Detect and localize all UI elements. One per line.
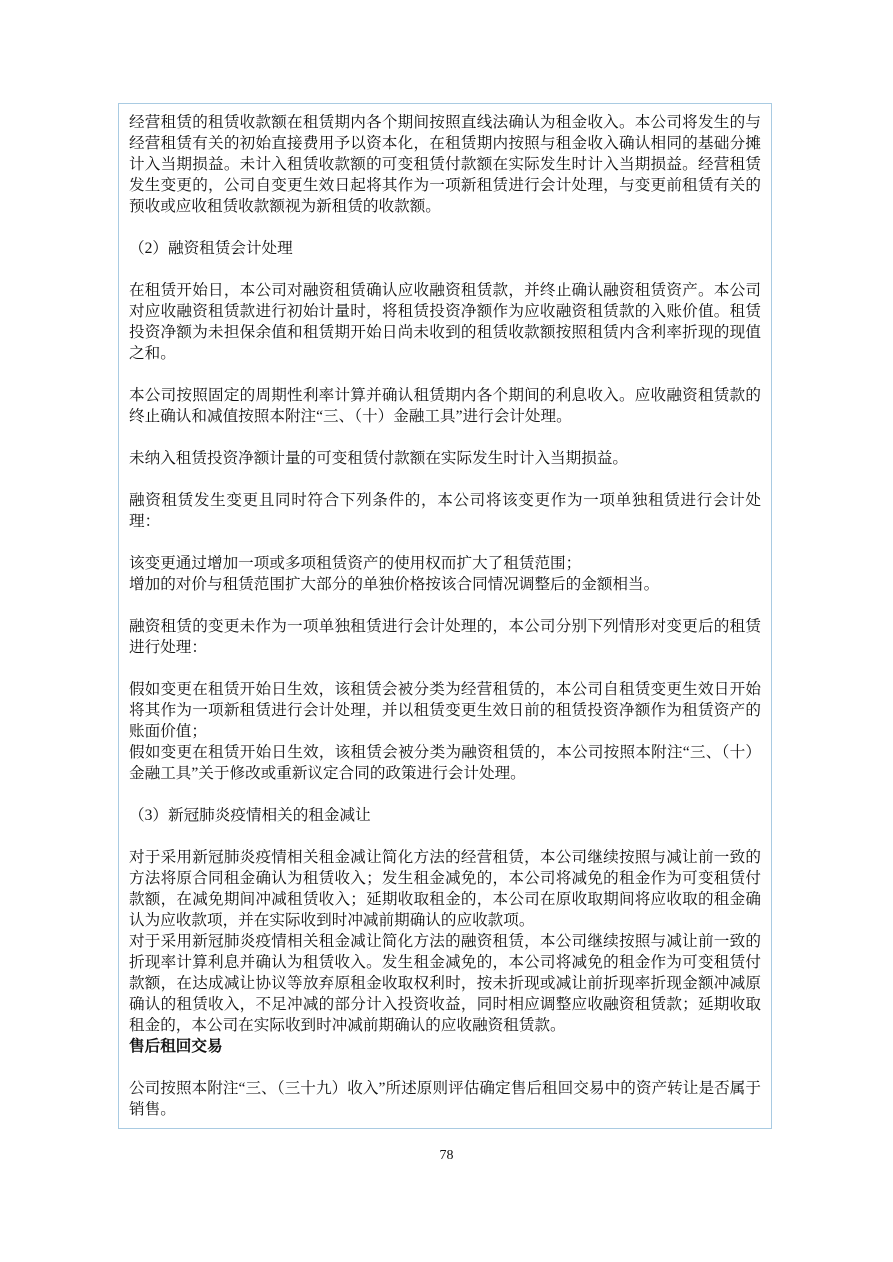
paragraph: 假如变更在租赁开始日生效，该租赁会被分类为经营租赁的，本公司自租赁变更生效日开始… bbox=[129, 679, 761, 742]
paragraph: 对于采用新冠肺炎疫情相关租金减让简化方法的经营租赁，本公司继续按照与减让前一致的… bbox=[129, 847, 761, 931]
paragraph: （3）新冠肺炎疫情相关的租金减让 bbox=[129, 805, 761, 826]
paragraph: 该变更通过增加一项或多项租赁资产的使用权而扩大了租赁范围； bbox=[129, 553, 761, 574]
page-number: 78 bbox=[0, 1148, 893, 1164]
paragraph: 增加的对价与租赁范围扩大部分的单独价格按该合同情况调整后的金额相当。 bbox=[129, 574, 761, 595]
paragraph: 融资租赁的变更未作为一项单独租赁进行会计处理的，本公司分别下列情形对变更后的租赁… bbox=[129, 616, 761, 658]
paragraph: 对于采用新冠肺炎疫情相关租金减让简化方法的融资租赁，本公司继续按照与减让前一致的… bbox=[129, 931, 761, 1036]
section-heading: 售后租回交易 bbox=[129, 1036, 761, 1057]
paragraph: 公司按照本附注“三、（三十九）收入”所述原则评估确定售后租回交易中的资产转让是否… bbox=[129, 1078, 761, 1120]
paragraph: 假如变更在租赁开始日生效，该租赁会被分类为融资租赁的，本公司按照本附注“三、（十… bbox=[129, 742, 761, 784]
paragraph: 未纳入租赁投资净额计量的可变租赁付款额在实际发生时计入当期损益。 bbox=[129, 448, 761, 469]
paragraph: 融资租赁发生变更且同时符合下列条件的，本公司将该变更作为一项单独租赁进行会计处理… bbox=[129, 490, 761, 532]
paragraph: 本公司按照固定的周期性利率计算并确认租赁期内各个期间的利息收入。应收融资租赁款的… bbox=[129, 385, 761, 427]
document-page: 经营租赁的租赁收款额在租赁期内各个期间按照直线法确认为租金收入。本公司将发生的与… bbox=[0, 0, 893, 1262]
policy-text-box: 经营租赁的租赁收款额在租赁期内各个期间按照直线法确认为租金收入。本公司将发生的与… bbox=[118, 103, 772, 1129]
paragraph: （2）融资租赁会计处理 bbox=[129, 238, 761, 259]
paragraph: 在租赁开始日，本公司对融资租赁确认应收融资租赁款，并终止确认融资租赁资产。本公司… bbox=[129, 280, 761, 364]
paragraph: 经营租赁的租赁收款额在租赁期内各个期间按照直线法确认为租金收入。本公司将发生的与… bbox=[129, 112, 761, 217]
